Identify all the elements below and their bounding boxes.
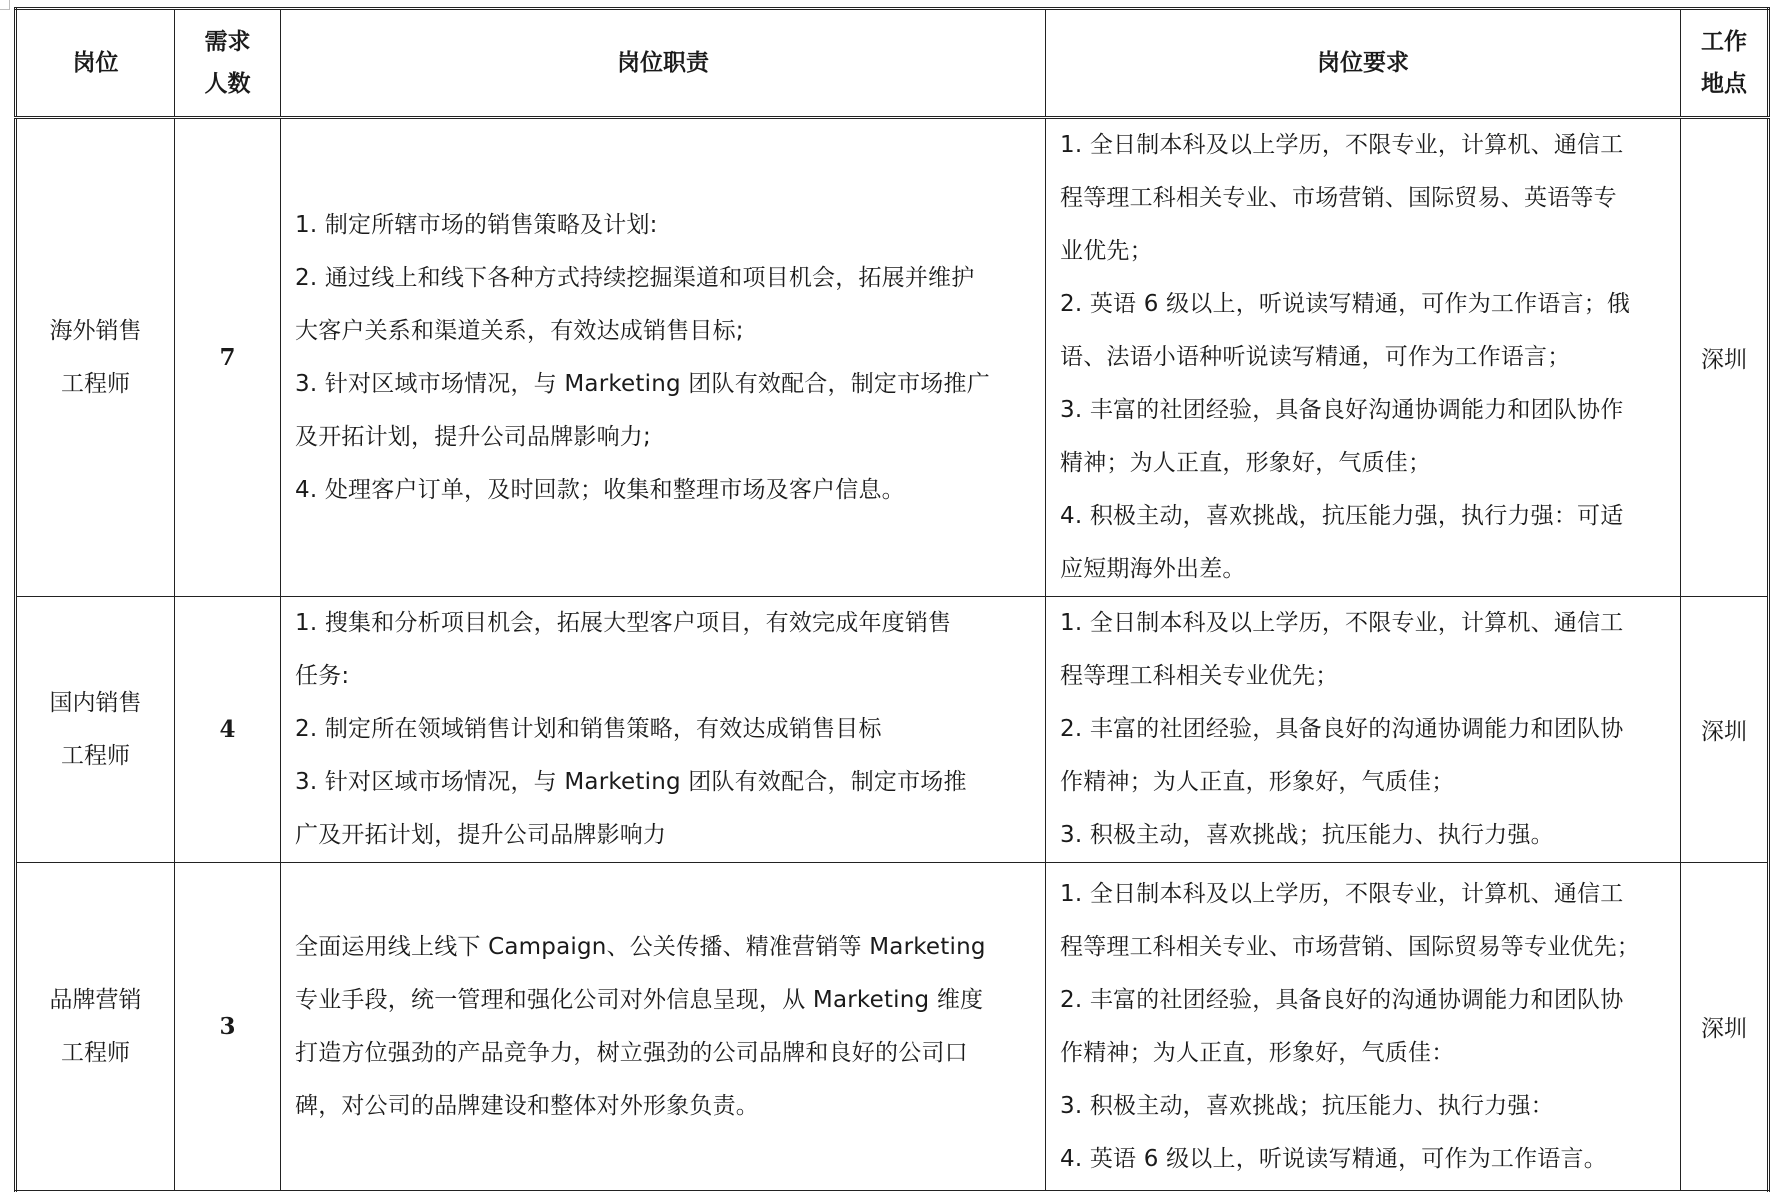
table-row: 国内销售工程师 4 1. 搜集和分析项目机会，拓展大型客户项目，有效完成年度销售… [16, 597, 1769, 863]
header-location: 工作地点 [1681, 9, 1769, 118]
headcount-cell: 7 [175, 118, 281, 597]
table-row: 品牌营销工程师 3 全面运用线上线下 Campaign、公关传播、精准营销等 M… [16, 863, 1769, 1192]
headcount-cell: 3 [175, 863, 281, 1192]
job-openings-table: 岗位 需求人数 岗位职责 岗位要求 工作地点 海外销售工程师 7 1. 制定所辖… [14, 7, 1770, 1192]
headcount-cell: 4 [175, 597, 281, 863]
location-cell: 深圳 [1681, 597, 1769, 863]
page-corner-mark [0, 0, 10, 10]
position-cell: 海外销售工程师 [16, 118, 175, 597]
position-cell: 国内销售工程师 [16, 597, 175, 863]
header-duties: 岗位职责 [281, 9, 1046, 118]
duties-cell: 1. 搜集和分析项目机会，拓展大型客户项目，有效完成年度销售 任务: 2. 制定… [281, 597, 1046, 863]
duties-cell: 全面运用线上线下 Campaign、公关传播、精准营销等 Marketing 专… [281, 863, 1046, 1192]
header-requirements: 岗位要求 [1046, 9, 1681, 118]
table-row: 海外销售工程师 7 1. 制定所辖市场的销售策略及计划: 2. 通过线上和线下各… [16, 118, 1769, 597]
header-headcount: 需求人数 [175, 9, 281, 118]
header-position: 岗位 [16, 9, 175, 118]
duties-cell: 1. 制定所辖市场的销售策略及计划: 2. 通过线上和线下各种方式持续挖掘渠道和… [281, 118, 1046, 597]
table-header-row: 岗位 需求人数 岗位职责 岗位要求 工作地点 [16, 9, 1769, 118]
location-cell: 深圳 [1681, 118, 1769, 597]
requirements-cell: 1. 全日制本科及以上学历，不限专业，计算机、通信工 程等理工科相关专业、市场营… [1046, 863, 1681, 1192]
location-cell: 深圳 [1681, 863, 1769, 1192]
position-cell: 品牌营销工程师 [16, 863, 175, 1192]
requirements-cell: 1. 全日制本科及以上学历，不限专业，计算机、通信工 程等理工科相关专业、市场营… [1046, 118, 1681, 597]
requirements-cell: 1. 全日制本科及以上学历，不限专业，计算机、通信工 程等理工科相关专业优先； … [1046, 597, 1681, 863]
